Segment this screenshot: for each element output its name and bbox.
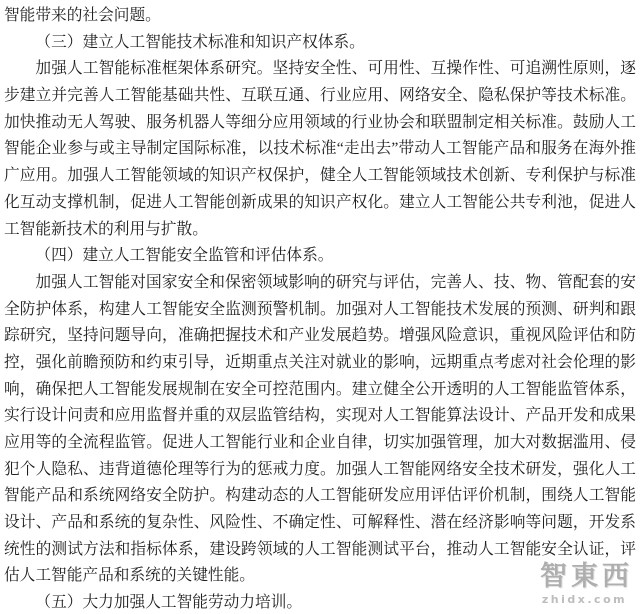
text-line: 智能产品和系统网络安全防护。构建动态的人工智能研发应用评估评价机制，围绕人工智能 [4,483,636,510]
text-line: 控，强化前瞻预防和约束引导，近期重点关注对就业的影响，远期重点考虑对社会伦理的影 [4,350,636,377]
document-text: 智能带来的社会问题。（三）建立人工智能技术标准和知识产权体系。加强人工智能标准框… [0,0,640,614]
text-line: 广应用。加强人工智能领域的知识产权保护，健全人工智能领域技术创新、专利保护与标准 [4,163,636,190]
section-heading-line: （五）大力加强人工智能劳动力培训。 [4,590,636,614]
text-line: 化互动支撑机制，促进人工智能创新成果的知识产权化。建立人工智能公共专利池，促进人 [4,190,636,217]
text-line: 踪研究，坚持问题导向，准确把握技术和产业发展趋势。增强风险意识，重视风险评估和防 [4,323,636,350]
text-line: 设计、产品和系统的复杂性、风险性、不确定性、可解释性、潜在经济影响等问题，开发系 [4,510,636,537]
text-line: 应用等的全流程监管。促进人工智能行业和企业自律，切实加强管理，加大对数据滥用、侵 [4,430,636,457]
text-line: 统性的测试方法和指标体系，建设跨领域的人工智能测试平台，推动人工智能安全认证，评 [4,537,636,564]
text-line: 实行设计问责和应用监督并重的双层监管结构，实现对人工智能算法设计、产品开发和成果 [4,403,636,430]
section-heading-line: （四）建立人工智能安全监管和评估体系。 [4,243,636,270]
text-line: 全防护体系，构建人工智能安全监测预警机制。加强对人工智能技术发展的预测、研判和跟 [4,297,636,324]
text-line: 响，确保把人工智能发展规制在安全可控范围内。建立健全公开透明的人工智能监管体系， [4,377,636,404]
text-line: 加强人工智能对国家安全和保密领域影响的研究与评估，完善人、技、物、管配套的安 [4,270,636,297]
text-line: 估人工智能产品和系统的关键性能。 [4,563,636,590]
text-line: 智能企业参与或主导制定国际标准，以技术标准“走出去”带动人工智能产品和服务在海外… [4,136,636,163]
text-line: 步建立并完善人工智能基础共性、互联互通、行业应用、网络安全、隐私保护等技术标准。 [4,83,636,110]
document-page: 智能带来的社会问题。（三）建立人工智能技术标准和知识产权体系。加强人工智能标准框… [0,0,640,614]
text-line: 智能带来的社会问题。 [4,3,636,30]
text-line: 犯个人隐私、违背道德伦理等行为的惩戒力度。加强人工智能网络安全技术研发，强化人工 [4,457,636,484]
text-line: 工智能新技术的利用与扩散。 [4,217,636,244]
text-line: 加强人工智能标准框架体系研究。坚持安全性、可用性、互操作性、可追溯性原则，逐 [4,56,636,83]
text-line: 加快推动无人驾驶、服务机器人等细分应用领域的行业协会和联盟制定相关标准。鼓励人工 [4,110,636,137]
section-heading-line: （三）建立人工智能技术标准和知识产权体系。 [4,30,636,57]
